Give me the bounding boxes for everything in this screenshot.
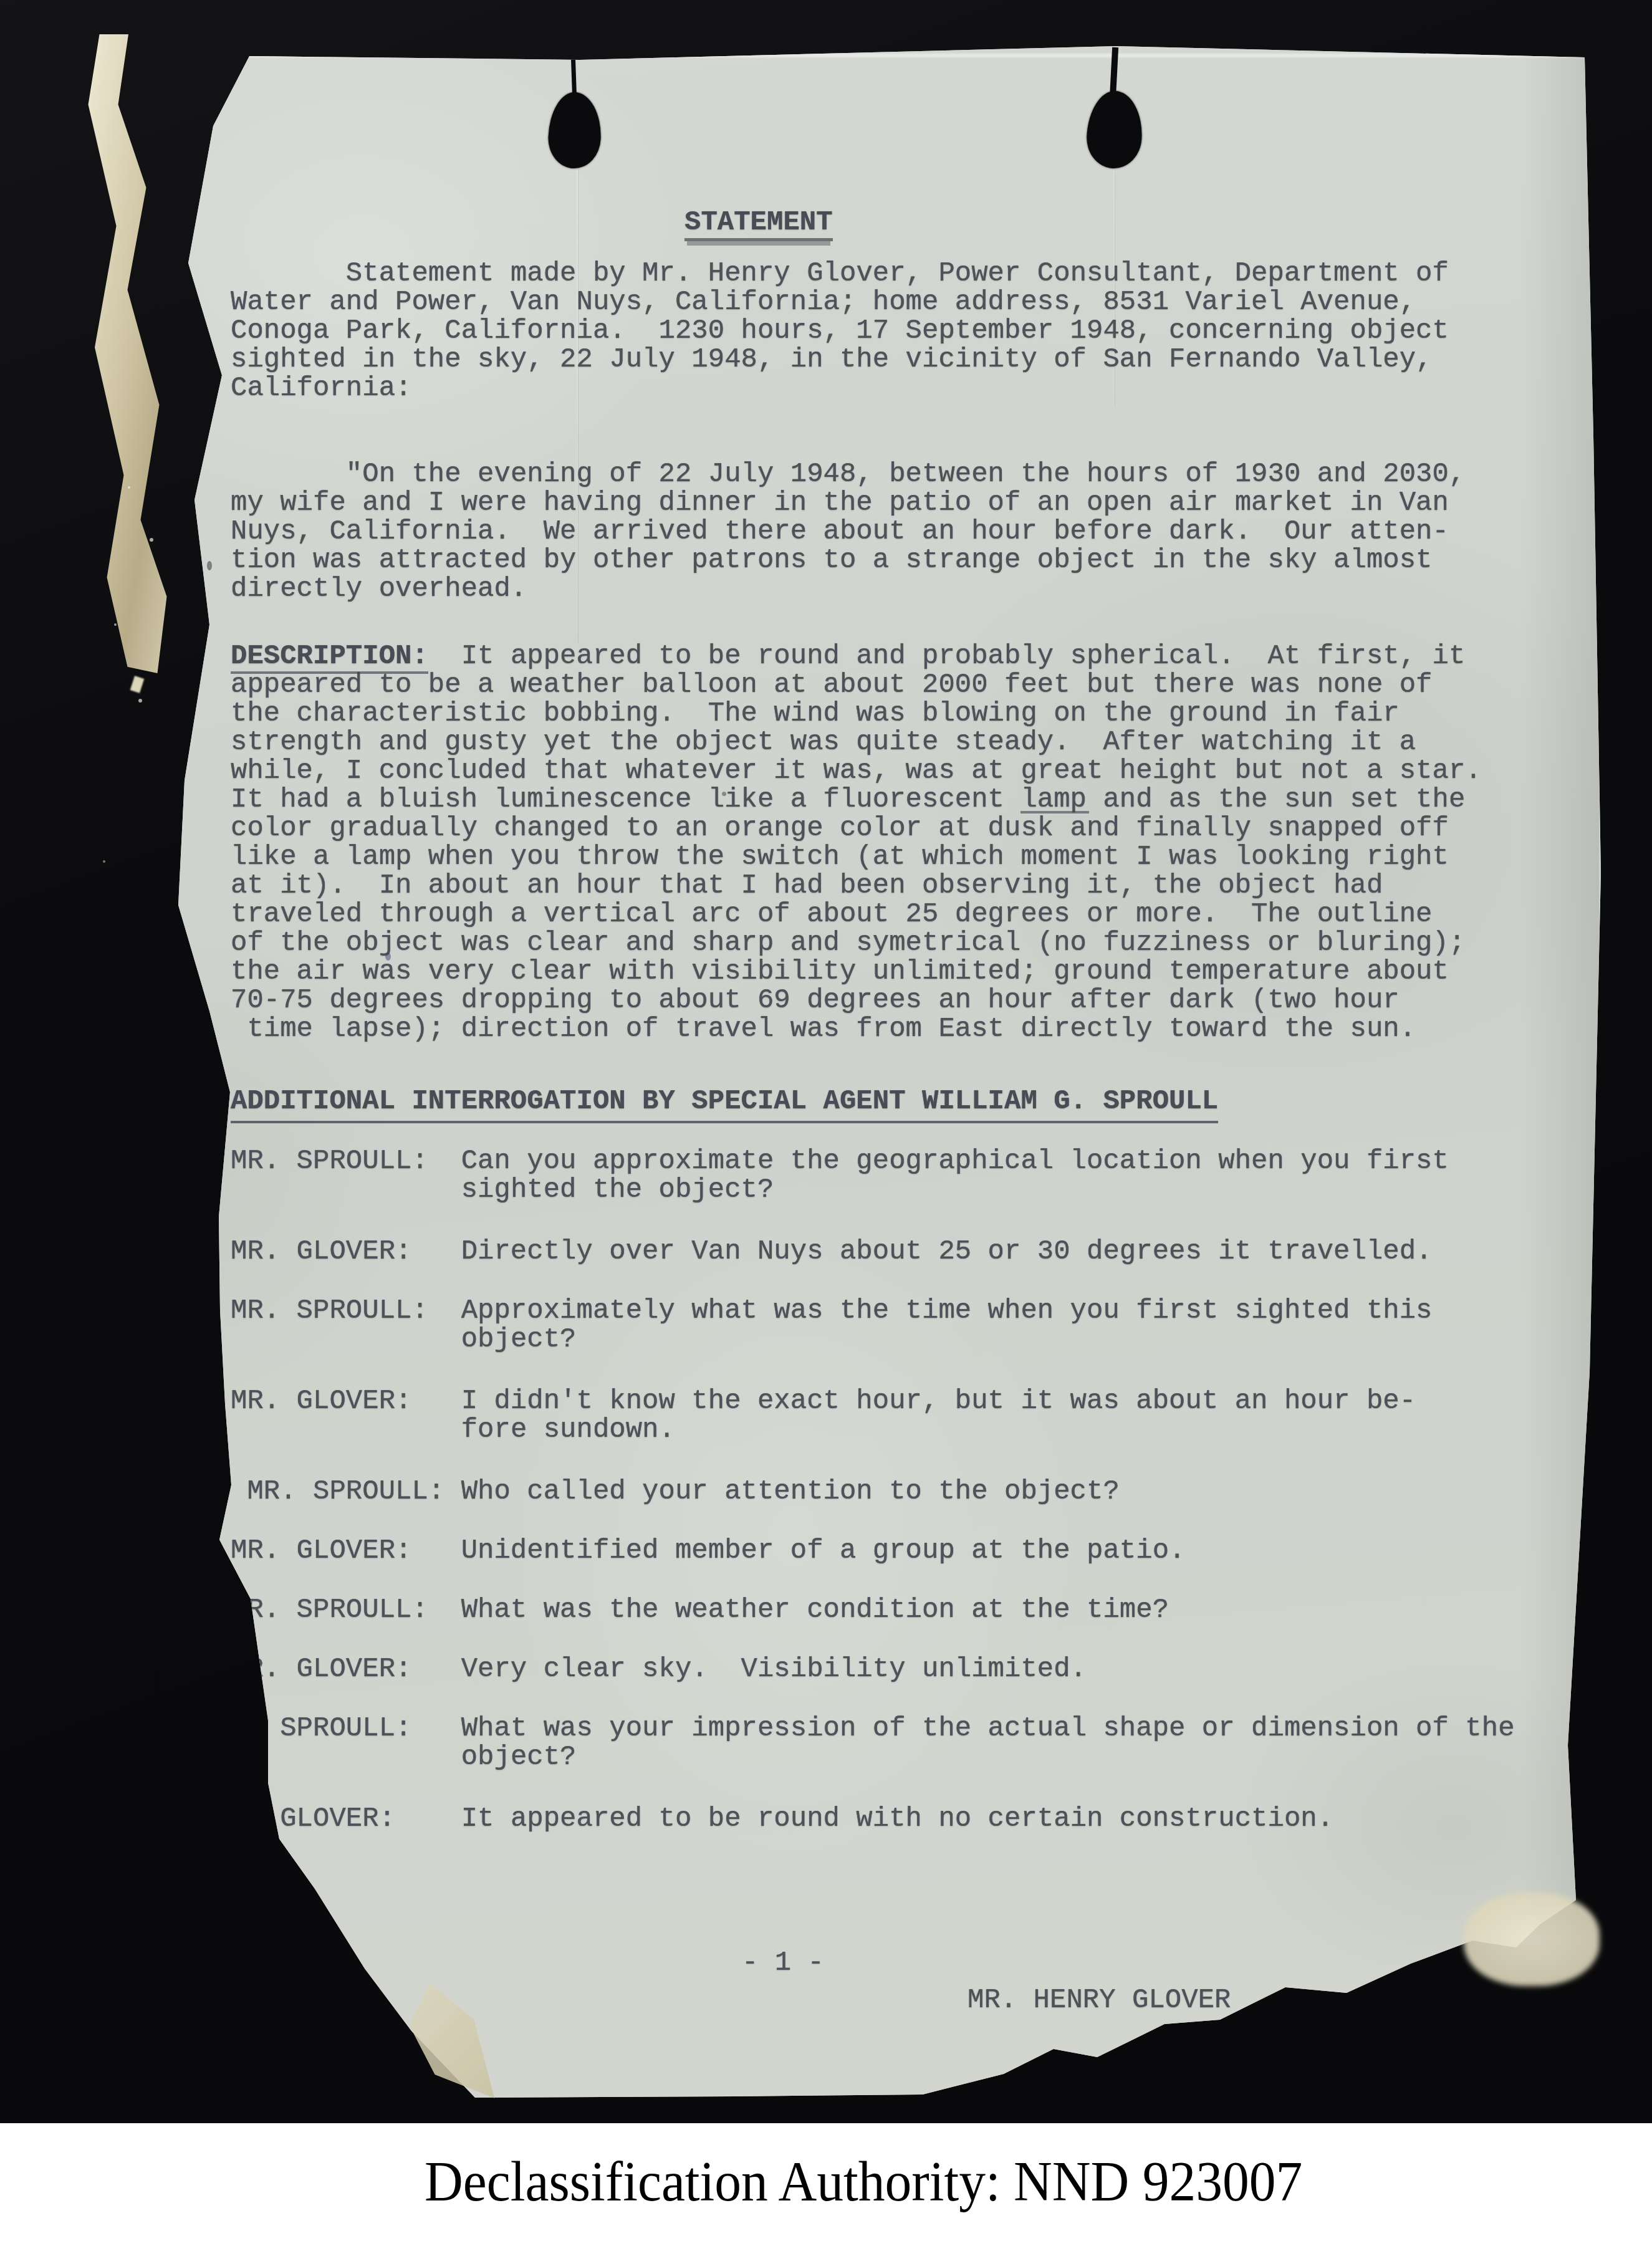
qa-row: MR. SPROULL: Who called your attention t… [231,1477,1120,1506]
punch-hole-left-tear [571,55,577,100]
qa-row: SPROULL: What was your impression of the… [231,1714,1515,1772]
intro-paragraph: Statement made by Mr. Henry Glover, Powe… [231,259,1449,403]
declassification-strip: Declassification Authority: NND 923007 [0,2123,1652,2241]
qa-row: MR. GLOVER: I didn't know the exact hour… [231,1387,1416,1444]
lamp-word-underline [1020,811,1089,813]
document-title: STATEMENT [684,208,833,241]
qa-row: MR. SPROULL: What was the weather condit… [231,1596,1169,1624]
torn-paper-fragment-left [87,34,181,673]
torn-edge-fiber-bottom-right [1464,1893,1600,1986]
scanned-document-page: STATEMENT Statement made by Mr. Henry Gl… [0,0,1652,2241]
qa-row: MR. GLOVER: Directly over Van Nuys about… [231,1237,1433,1266]
interrogation-header: ADDITIONAL INTERROGATION BY SPECIAL AGEN… [231,1087,1218,1123]
qa-row: MR. GLOVER: Very clear sky. Visibility u… [231,1655,1087,1684]
punch-hole-left [547,92,602,170]
qa-row: MR. SPROULL: Can you approximate the geo… [231,1147,1449,1204]
description-paragraph: It appeared to be round and probably sph… [231,642,1482,1044]
paper-sheet: STATEMENT Statement made by Mr. Henry Gl… [0,0,1652,2126]
torn-paper-fragment-bit [130,676,145,693]
dust-specks [128,486,130,489]
qa-row: MR. GLOVER: Unidentified member of a gro… [231,1537,1185,1565]
qa-row: GLOVER: It appeared to be round with no … [231,1805,1333,1833]
declassification-text: Declassification Authority: NND 923007 [425,2150,1302,2214]
page-number: - 1 - [742,1949,824,1977]
signature-name: MR. HENRY GLOVER [968,1986,1231,2015]
paper-top-edge-highlight [249,54,1583,57]
sighting-paragraph: "On the evening of 22 July 1948, between… [231,460,1465,603]
qa-row: MR. SPROULL: Approximately what was the … [231,1297,1433,1354]
scan-shadow-right [1521,50,1599,1907]
ink-speck [207,561,212,570]
punch-hole-right [1085,90,1144,170]
